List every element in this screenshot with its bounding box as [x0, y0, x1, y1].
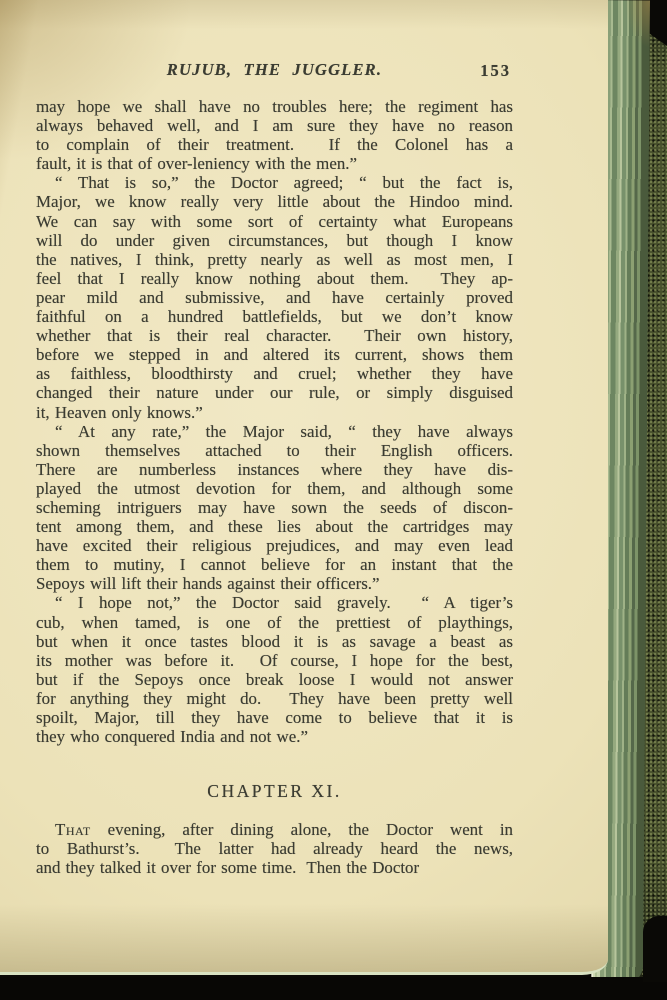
small-caps-lead-word: That	[55, 820, 91, 839]
text-line: may hope we shall have no troubles here;…	[36, 97, 513, 116]
chapter-heading: CHAPTER XI.	[36, 781, 513, 802]
photo-corner-shadow-bottom	[643, 916, 667, 982]
paragraph: may hope we shall have no troubles here;…	[36, 97, 513, 173]
chapter-opening-text: That evening, after dining alone, the Do…	[36, 820, 513, 877]
body-text: may hope we shall have no troubles here;…	[36, 97, 513, 746]
text-line: feel that I really know nothing about th…	[36, 269, 513, 288]
page-number: 153	[480, 61, 511, 81]
text-line: to Bathurst’s. The latter had already he…	[36, 839, 513, 858]
text-line: to complain of their treatment. If the C…	[36, 135, 513, 154]
text-line: before we stepped in and altered its cur…	[36, 345, 513, 364]
text-line: changed their nature under our rule, or …	[36, 383, 513, 402]
book-page: RUJUB, THE JUGGLER. 153 may hope we shal…	[0, 0, 608, 975]
text-line: tent among them, and these lies about th…	[36, 517, 513, 536]
text-line: but if the Sepoys once break loose I wou…	[36, 670, 513, 689]
text-line: cub, when tamed, is one of the prettiest…	[36, 613, 513, 632]
text-line: will do under given circumstances, but t…	[36, 231, 513, 250]
text-line: its mother was before it. Of course, I h…	[36, 651, 513, 670]
scanned-book-photo: RUJUB, THE JUGGLER. 153 may hope we shal…	[0, 0, 667, 1000]
text-line: always behaved well, and I am sure they …	[36, 116, 513, 135]
text-line: Sepoys will lift their hands against the…	[36, 574, 513, 593]
paragraph: “ At any rate,” the Major said, “ they h…	[36, 422, 513, 594]
photo-bottom-shadow	[0, 977, 667, 1000]
text-line: spoilt, Major, till they have come to be…	[36, 708, 513, 727]
text-line: faithful on a hundred battlefields, but …	[36, 307, 513, 326]
text-line: “ I hope not,” the Doctor said gravely. …	[36, 593, 513, 612]
text-line: the natives, I think, pretty nearly as w…	[36, 250, 513, 269]
text-line: but when it once tastes blood it is as s…	[36, 632, 513, 651]
text-line: “ At any rate,” the Major said, “ they h…	[36, 422, 513, 441]
text-line: for anything they might do. They have be…	[36, 689, 513, 708]
text-line: There are numberless instances where the…	[36, 460, 513, 479]
text-line: have excited their religious prejudices,…	[36, 536, 513, 555]
text-line: We can say with some sort of certainty w…	[36, 212, 513, 231]
text-line: fault, it is that of over-leniency with …	[36, 154, 513, 173]
paragraph: “ I hope not,” the Doctor said gravely. …	[36, 593, 513, 746]
text-line: it, Heaven only knows.”	[36, 403, 513, 422]
paragraph: That evening, after dining alone, the Do…	[36, 820, 513, 877]
text-line: pear mild and submissive, and have certa…	[36, 288, 513, 307]
text-line: That evening, after dining alone, the Do…	[36, 820, 513, 839]
text-line: Major, we know really very little about …	[36, 192, 513, 211]
text-line: whether that is their real character. Th…	[36, 326, 513, 345]
running-header: RUJUB, THE JUGGLER. 153	[36, 60, 513, 82]
text-line: “ That is so,” the Doctor agreed; “ but …	[36, 173, 513, 192]
text-line: them to mutiny, I cannot believe for an …	[36, 555, 513, 574]
paragraph: “ That is so,” the Doctor agreed; “ but …	[36, 173, 513, 421]
text-line: they who conquered India and not we.”	[36, 727, 513, 746]
text-line: shown themselves attached to their Engli…	[36, 441, 513, 460]
text-line: and they talked it over for some time. T…	[36, 858, 513, 877]
running-title: RUJUB, THE JUGGLER.	[167, 60, 382, 79]
text-line: scheming intriguers may have sown the se…	[36, 498, 513, 517]
text-line: as faithless, bloodthirsty and cruel; wh…	[36, 364, 513, 383]
text-line: played the utmost devotion for them, and…	[36, 479, 513, 498]
